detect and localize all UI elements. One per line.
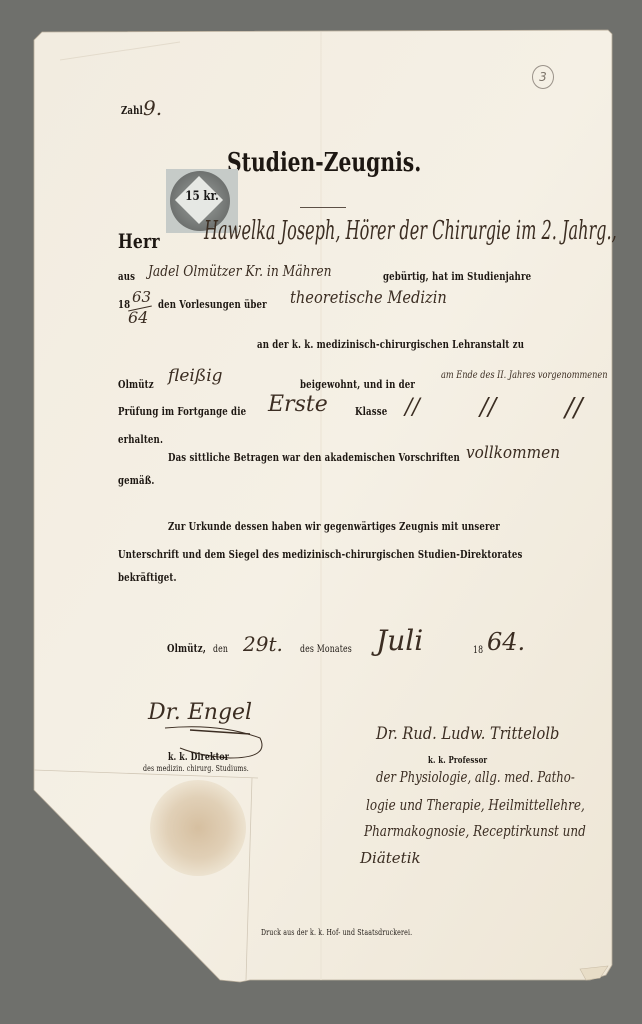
- professor-subjects-line-2: logie und Therapie, Heilmittellehre,: [366, 796, 585, 814]
- page-number: 3: [532, 65, 554, 89]
- professor-signature: Dr. Rud. Ludw. Trittelolb: [376, 724, 559, 744]
- date-day: 29t.: [243, 632, 283, 656]
- class-label: Klasse: [355, 405, 387, 418]
- ditto-mark-2: //: [480, 393, 496, 421]
- professor-subjects-line-1: der Physiologie, allg. med. Patho-: [376, 768, 575, 786]
- attended-label: beigewohnt, und in der: [300, 378, 415, 391]
- grade: Erste: [268, 392, 328, 417]
- year-bottom: 64: [128, 308, 148, 327]
- director-title: k. k. Direktor: [168, 752, 229, 763]
- ditto-mark-3: //: [565, 393, 583, 423]
- attestation-line-1: Zur Urkunde dessen haben wir gegenwärtig…: [168, 520, 500, 533]
- professor-title: k. k. Professor: [428, 756, 487, 766]
- title-ornament-divider: [300, 207, 346, 208]
- date-city: Olmütz,: [167, 642, 206, 655]
- exam-label: Prüfung im Fortgange die: [118, 405, 246, 418]
- aus-label: aus: [118, 270, 135, 283]
- conduct-text: Das sittliche Betragen war den akademisc…: [168, 451, 460, 464]
- stamp-value: 15 kr.: [173, 189, 231, 204]
- birthplace-text: gebürtig, hat im Studienjahre: [383, 270, 531, 283]
- attendance: fleißig: [168, 366, 223, 386]
- origin: Jadel Olmützer Kr. in Mähren: [148, 262, 332, 280]
- conduct-value: vollkommen: [466, 443, 560, 463]
- institution-text: an der k. k. medizinisch-chirurgischen L…: [257, 338, 524, 351]
- professor-subjects-line-3: Pharmakognosie, Receptirkunst und: [364, 822, 586, 840]
- date-month: Juli: [376, 624, 423, 657]
- student-name: Hawelka Joseph, Hörer der Chirurgie im 2…: [204, 216, 617, 246]
- number-label: Zahl: [121, 104, 143, 117]
- attestation-line-2: Unterschrift und dem Siegel des medizini…: [118, 548, 523, 561]
- director-subtitle: des medizin. chirurg. Studiums.: [143, 764, 249, 773]
- exam-note: am Ende des II. Jahres vorgenommenen: [441, 370, 608, 381]
- wax-seal-imprint: [150, 780, 246, 876]
- date-den-label: den: [213, 644, 228, 655]
- ditto-mark-1: //: [405, 395, 420, 420]
- date-month-label: des Monates: [300, 644, 352, 655]
- number-value: 9.: [143, 96, 162, 120]
- conduct-end: gemäß.: [118, 474, 155, 487]
- printer-imprint: Druck aus der k. k. Hof- und Staatsdruck…: [261, 928, 412, 937]
- subject: theoretische Medizin: [290, 288, 447, 308]
- date-year-prefix: 18: [473, 645, 483, 656]
- page-title: Studien-Zeugnis.: [227, 148, 421, 178]
- attestation-line-3: bekräftiget.: [118, 571, 177, 584]
- professor-subjects-line-4: Diätetik: [360, 849, 421, 867]
- year-top: 63: [132, 288, 151, 306]
- lectures-label: den Vorlesungen über: [158, 298, 267, 311]
- herr-label: Herr: [118, 229, 160, 253]
- received-label: erhalten.: [118, 433, 163, 446]
- city-label: Olmütz: [118, 378, 154, 391]
- date-year-suffix: 64.: [487, 628, 525, 656]
